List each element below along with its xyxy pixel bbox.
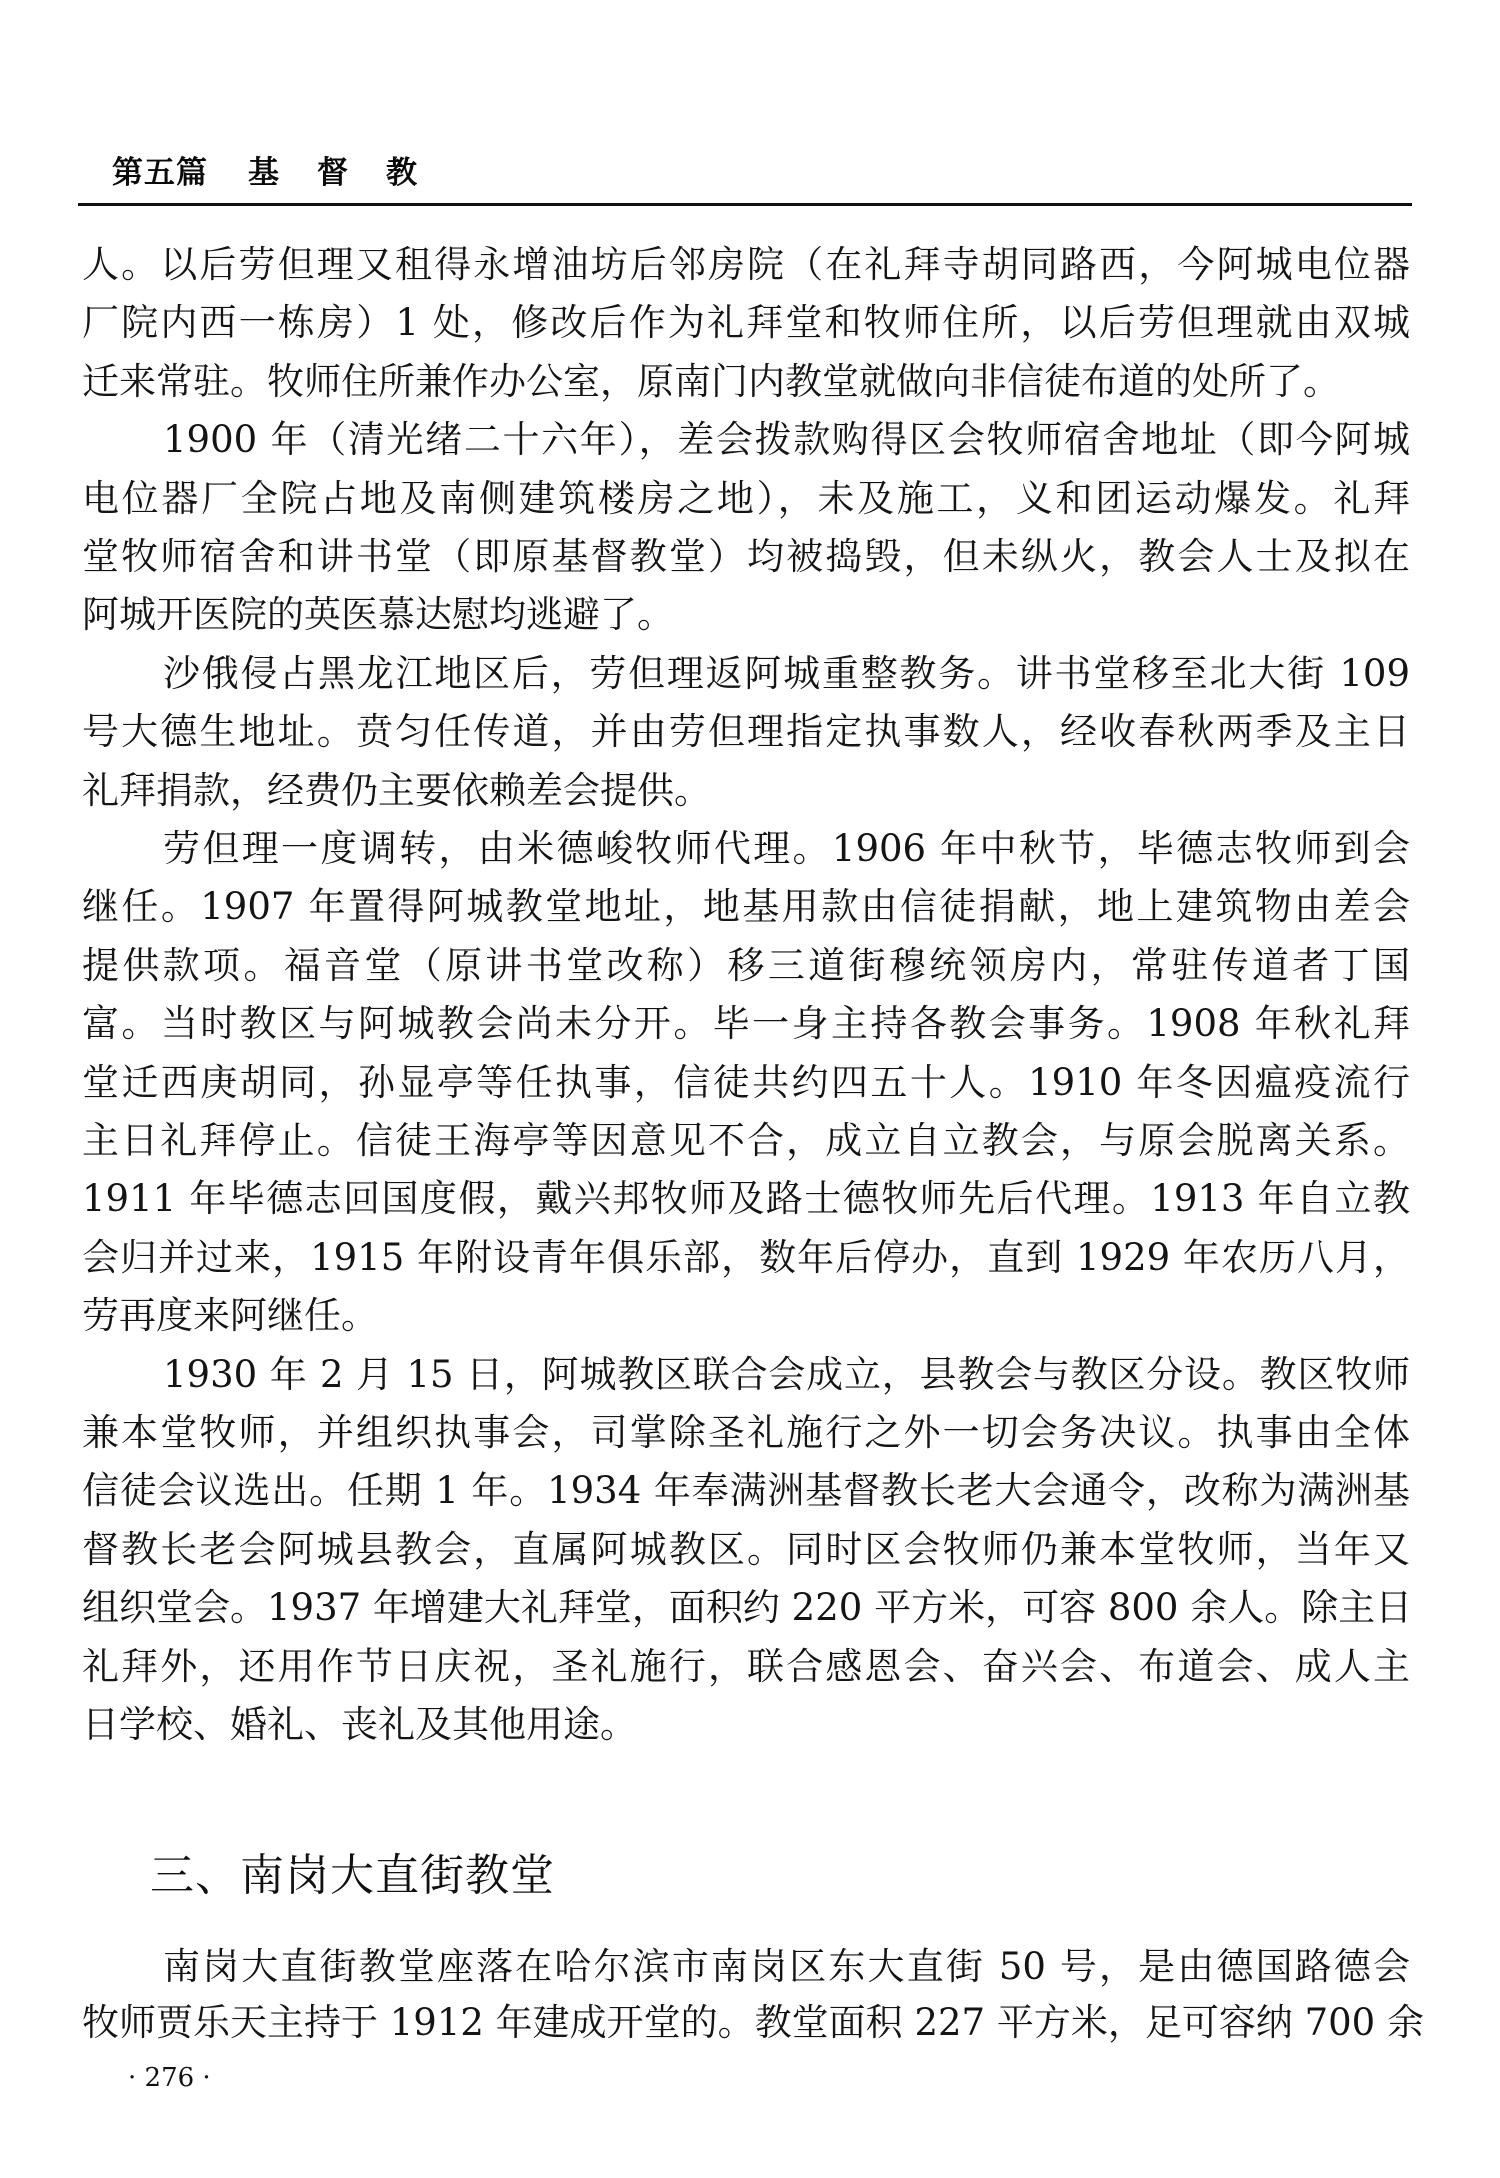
text-line: 会归并过来，1915 年附设青年俱乐部，数年后停办，直到 1929 年农历八月，	[82, 1236, 1410, 1280]
text-line: 牧师贾乐天主持于 1912 年建成开堂的。教堂面积 227 平方米，足可容纳 7…	[82, 2001, 1410, 2045]
part-label: 第五篇	[112, 154, 208, 192]
text-line: 劳再度来阿继任。	[82, 1294, 1410, 1338]
text-line: 礼拜捐款，经费仍主要依赖差会提供。	[82, 769, 1410, 813]
text-line: 兼本堂牧师，并组织执事会，司掌除圣礼施行之外一切会务决议。执事由全体	[82, 1411, 1410, 1455]
text-line: 人。以后劳但理又租得永增油坊后邻房院（在礼拜寺胡同路西，今阿城电位器	[82, 243, 1410, 287]
section-heading: 三、南岗大直街教堂	[150, 1850, 555, 1902]
running-header: 第五篇 基 督 教	[112, 154, 417, 192]
chapter-title-char: 督	[317, 154, 348, 192]
header-rule	[78, 203, 1412, 206]
text-line: 号大德生地址。贲匀任传道，并由劳但理指定执事数人，经收春秋两季及主日	[82, 710, 1410, 754]
text-line: 礼拜外，还用作节日庆祝，圣礼施行，联合感恩会、奋兴会、布道会、成人主	[82, 1645, 1410, 1689]
page-number: · 276 ·	[128, 2062, 211, 2094]
book-page: 第五篇 基 督 教 人。以后劳但理又租得永增油坊后邻房院（在礼拜寺胡同路西，今阿…	[0, 0, 1500, 2178]
text-line: 继任。1907 年置得阿城教堂地址，地基用款由信徒捐献，地上建筑物由差会	[82, 885, 1410, 929]
text-line: 1930 年 2 月 15 日，阿城教区联合会成立，县教会与教区分设。教区牧师	[163, 1353, 1410, 1397]
text-line: 堂迁西庚胡同，孙显亭等任执事，信徒共约四五十人。1910 年冬因瘟疫流行	[82, 1061, 1410, 1105]
text-line: 1911 年毕德志回国度假，戴兴邦牧师及路士德牧师先后代理。1913 年自立教	[82, 1177, 1410, 1221]
text-line: 迁来常驻。牧师住所兼作办公室，原南门内教堂就做向非信徒布道的处所了。	[82, 360, 1410, 404]
text-line: 富。当时教区与阿城教会尚未分开。毕一身主持各教会事务。1908 年秋礼拜	[82, 1002, 1410, 1046]
text-line: 劳但理一度调转，由米德峻牧师代理。1906 年中秋节，毕德志牧师到会	[163, 827, 1410, 871]
text-line: 电位器厂全院占地及南侧建筑楼房之地），未及施工，义和团运动爆发。礼拜	[82, 477, 1410, 521]
chapter-title-char: 教	[386, 154, 417, 192]
text-line: 堂牧师宿舍和讲书堂（即原基督教堂）均被捣毁，但未纵火，教会人士及拟在	[82, 535, 1410, 579]
text-line: 1900 年（清光绪二十六年），差会拨款购得区会牧师宿舍地址（即今阿城	[163, 418, 1410, 462]
text-line: 信徒会议选出。任期 1 年。1934 年奉满洲基督教长老大会通令，改称为满洲基	[82, 1469, 1410, 1513]
text-line: 督教长老会阿城县教会，直属阿城教区。同时区会牧师仍兼本堂牧师，当年又	[82, 1528, 1410, 1572]
text-line: 南岗大直街教堂座落在哈尔滨市南岗区东大直街 50 号，是由德国路德会	[163, 1945, 1410, 1989]
chapter-title-char: 基	[248, 154, 279, 192]
text-line: 主日礼拜停止。信徒王海亭等因意见不合，成立自立教会，与原会脱离关系。	[82, 1119, 1410, 1163]
text-line: 沙俄侵占黑龙江地区后，劳但理返阿城重整教务。讲书堂移至北大街 109	[163, 652, 1410, 696]
text-line: 提供款项。福音堂（原讲书堂改称）移三道街穆统领房内，常驻传道者丁国	[82, 944, 1410, 988]
text-line: 厂院内西一栋房）1 处，修改后作为礼拜堂和牧师住所，以后劳但理就由双城	[82, 301, 1410, 345]
text-line: 阿城开医院的英医慕达慰均逃避了。	[82, 593, 1410, 637]
text-line: 日学校、婚礼、丧礼及其他用途。	[82, 1703, 1410, 1747]
text-line: 组织堂会。1937 年增建大礼拜堂，面积约 220 平方米，可容 800 余人。…	[82, 1586, 1410, 1630]
